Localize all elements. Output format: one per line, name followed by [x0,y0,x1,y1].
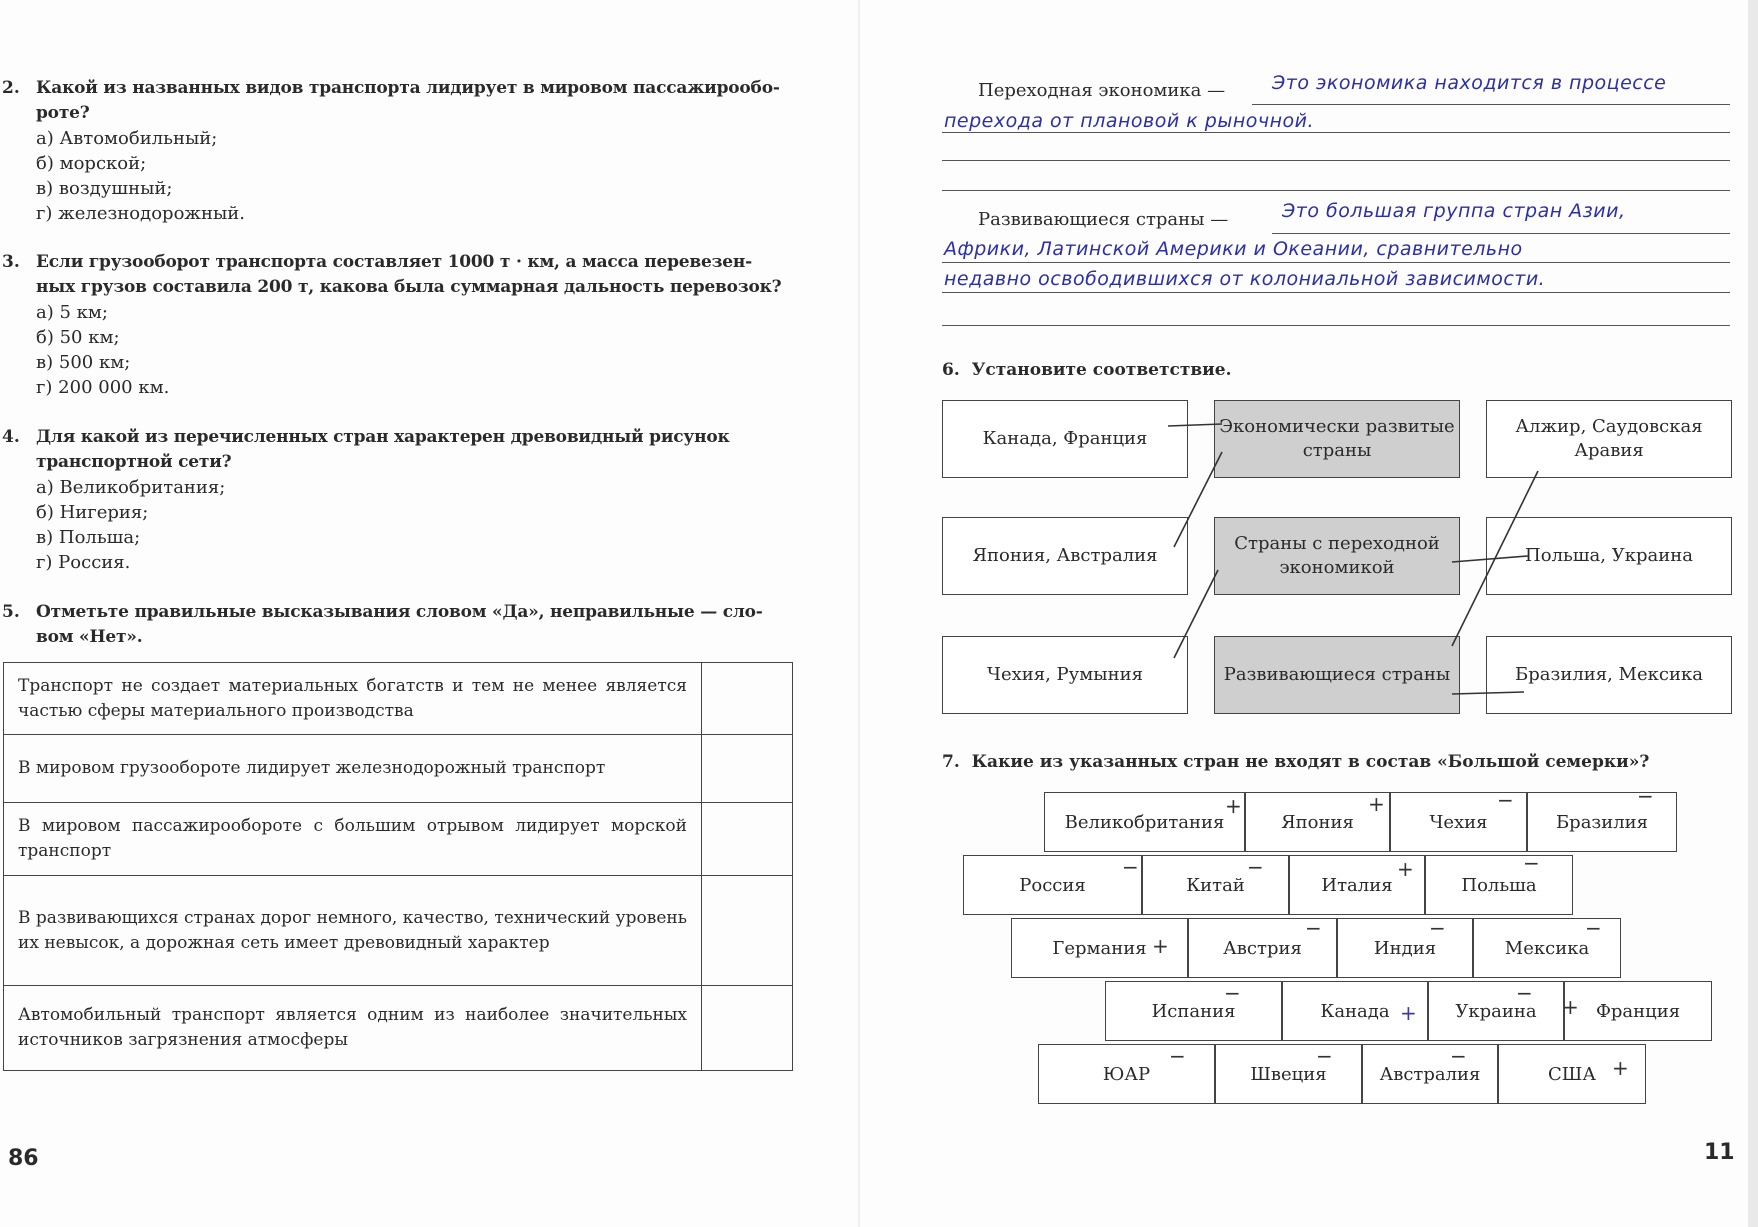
option: г) Россия. [36,550,795,575]
country-cell[interactable]: Бразилия [1527,792,1677,852]
left-page: 2. Какой из названных видов транспорта л… [0,0,820,1227]
question-stem: Какой из названных видов транспорта лиди… [36,76,795,126]
match-left-box[interactable]: Япония, Австралия [942,517,1188,595]
match-right-box[interactable]: Польша, Украина [1486,517,1732,595]
country-name: Австрия [1223,938,1302,959]
question-number: 3. [2,250,20,275]
match-category-developed[interactable]: Экономически развитые страны [1214,400,1460,478]
option: а) Автомобильный; [36,126,795,151]
country-name: Япония [1281,812,1354,833]
minus-mark-icon: − [1516,983,1533,1003]
answer-cell[interactable] [702,735,793,803]
option: в) 500 км; [36,350,795,375]
question-number: 2. [2,76,20,101]
question-5: 5. Отметьте правильные высказывания слов… [0,600,795,650]
minus-mark-icon: − [1247,857,1264,877]
option: б) Нигерия; [36,500,795,525]
country-name: Бразилия [1556,812,1648,833]
question-number: 4. [2,425,20,450]
match-left-box[interactable]: Чехия, Румыния [942,636,1188,714]
minus-mark-icon: − [1224,983,1241,1003]
statement-cell: В мировом грузообороте лидирует железнод… [4,735,702,803]
table-row: Автомобильный транспорт является одним и… [4,986,793,1071]
handwritten-answer: Это большая группа стран Азии, [1282,200,1626,222]
match-category-developing[interactable]: Развивающиеся страны [1214,636,1460,714]
page-number: 11 [1704,1140,1735,1165]
statement-cell: Автомобильный транспорт является одним и… [4,986,702,1071]
plus-mark-icon: + [1225,796,1242,816]
country-name: Китай [1186,875,1245,896]
statement-cell: В мировом пассажирообороте с большим отр… [4,803,702,876]
minus-mark-icon: − [1585,918,1602,938]
plus-mark-icon: + [1152,936,1169,956]
country-name: Польша [1461,875,1536,896]
answer-line [1272,233,1730,234]
match-lines [862,0,1758,1227]
country-cell[interactable]: Великобритания [1044,792,1245,852]
minus-mark-icon: − [1523,853,1540,873]
country-cell[interactable]: Швеция [1215,1044,1362,1104]
country-name: Германия [1052,938,1146,959]
answer-cell[interactable] [702,986,793,1071]
table-row: В мировом пассажирообороте с большим отр… [4,803,793,876]
question-stem: Если грузооборот транспорта составляет 1… [36,250,795,300]
minus-mark-icon: − [1316,1046,1333,1066]
country-name: Канада [1320,1001,1389,1022]
answer-cell[interactable] [702,803,793,876]
country-name: Франция [1596,1001,1680,1022]
plus-mark-icon: + [1368,794,1385,814]
country-cell[interactable]: Польша [1425,855,1573,915]
minus-mark-icon: − [1497,790,1514,810]
question-2: 2. Какой из названных видов транспорта л… [0,76,795,226]
country-cell[interactable]: Франция [1564,981,1712,1041]
question-3: 3. Если грузооборот транспорта составляе… [0,250,795,400]
question-6-heading: 6. Установите соответствие. [942,360,1232,380]
option: а) 5 км; [36,300,795,325]
answer-line [942,132,1730,133]
country-cell[interactable]: ЮАР [1038,1044,1215,1104]
answer-line [942,160,1730,161]
handwritten-answer: недавно освободившихся от колониальной з… [944,268,1545,290]
minus-mark-icon: − [1169,1046,1186,1066]
statement-cell: В развивающихся странах дорог немного, к… [4,876,702,986]
answer-line [942,292,1730,293]
handwritten-answer: Это экономика находится в процессе [1272,72,1666,94]
question-stem: Отметьте правильные высказывания словом … [36,600,795,650]
table-row: В мировом грузообороте лидирует железнод… [4,735,793,803]
country-name: США [1548,1064,1596,1085]
page-number: 86 [8,1146,39,1171]
country-cell[interactable]: Китай [1142,855,1289,915]
answer-cell[interactable] [702,876,793,986]
minus-mark-icon: − [1450,1046,1467,1066]
table-row: В развивающихся странах дорог немного, к… [4,876,793,986]
country-name: Италия [1321,875,1392,896]
match-right-box[interactable]: Бразилия, Мексика [1486,636,1732,714]
answer-line [942,190,1730,191]
country-cell[interactable]: Испания [1105,981,1282,1041]
option: г) 200 000 км. [36,375,795,400]
country-name: Великобритания [1065,812,1225,833]
right-page: Переходная экономика — Это экономика нах… [862,0,1758,1227]
country-name: Индия [1374,938,1436,959]
answer-cell[interactable] [702,663,793,735]
handwritten-answer: перехода от плановой к рыночной. [944,110,1314,132]
answer-line [942,262,1730,263]
plus-mark-icon: + [1400,1003,1417,1023]
minus-mark-icon: − [1637,786,1654,806]
country-name: Россия [1019,875,1085,896]
option: в) воздушный; [36,176,795,201]
country-name: Мексика [1505,938,1589,959]
answer-line [1252,104,1730,105]
question-number: 5. [2,600,20,625]
question-4: 4. Для какой из перечисленных стран хара… [0,425,795,575]
question-stem: Для какой из перечисленных стран характе… [36,425,795,475]
option: а) Великобритания; [36,475,795,500]
table-row: Транспорт не создает материальных богатс… [4,663,793,735]
option: в) Польша; [36,525,795,550]
option: б) морской; [36,151,795,176]
minus-mark-icon: − [1122,857,1139,877]
match-category-transition[interactable]: Страны с переходной экономикой [1214,517,1460,595]
plus-mark-icon: + [1562,997,1579,1017]
country-cell[interactable]: Украина [1428,981,1564,1041]
plus-mark-icon: + [1612,1058,1629,1078]
match-right-box[interactable]: Алжир, Саудовская Аравия [1486,400,1732,478]
country-name: ЮАР [1103,1064,1150,1085]
minus-mark-icon: − [1429,918,1446,938]
country-name: Испания [1152,1001,1236,1022]
book-spine [858,0,860,1227]
question-7-heading: 7. Какие из указанных стран не входят в … [942,752,1649,772]
country-cell[interactable]: Австралия [1362,1044,1498,1104]
match-left-box[interactable]: Канада, Франция [942,400,1188,478]
statement-cell: Транспорт не создает материальных богатс… [4,663,702,735]
option: б) 50 км; [36,325,795,350]
option: г) железнодорожный. [36,201,795,226]
handwritten-answer: Африки, Латинской Америки и Океании, сра… [944,238,1523,260]
answer-line [942,325,1730,326]
plus-mark-icon: + [1397,859,1414,879]
country-cell[interactable]: Россия [963,855,1142,915]
country-cell[interactable]: Индия [1337,918,1473,978]
minus-mark-icon: − [1305,918,1322,938]
country-name: Чехия [1429,812,1487,833]
yes-no-table: Транспорт не создает материальных богатс… [3,662,793,1071]
